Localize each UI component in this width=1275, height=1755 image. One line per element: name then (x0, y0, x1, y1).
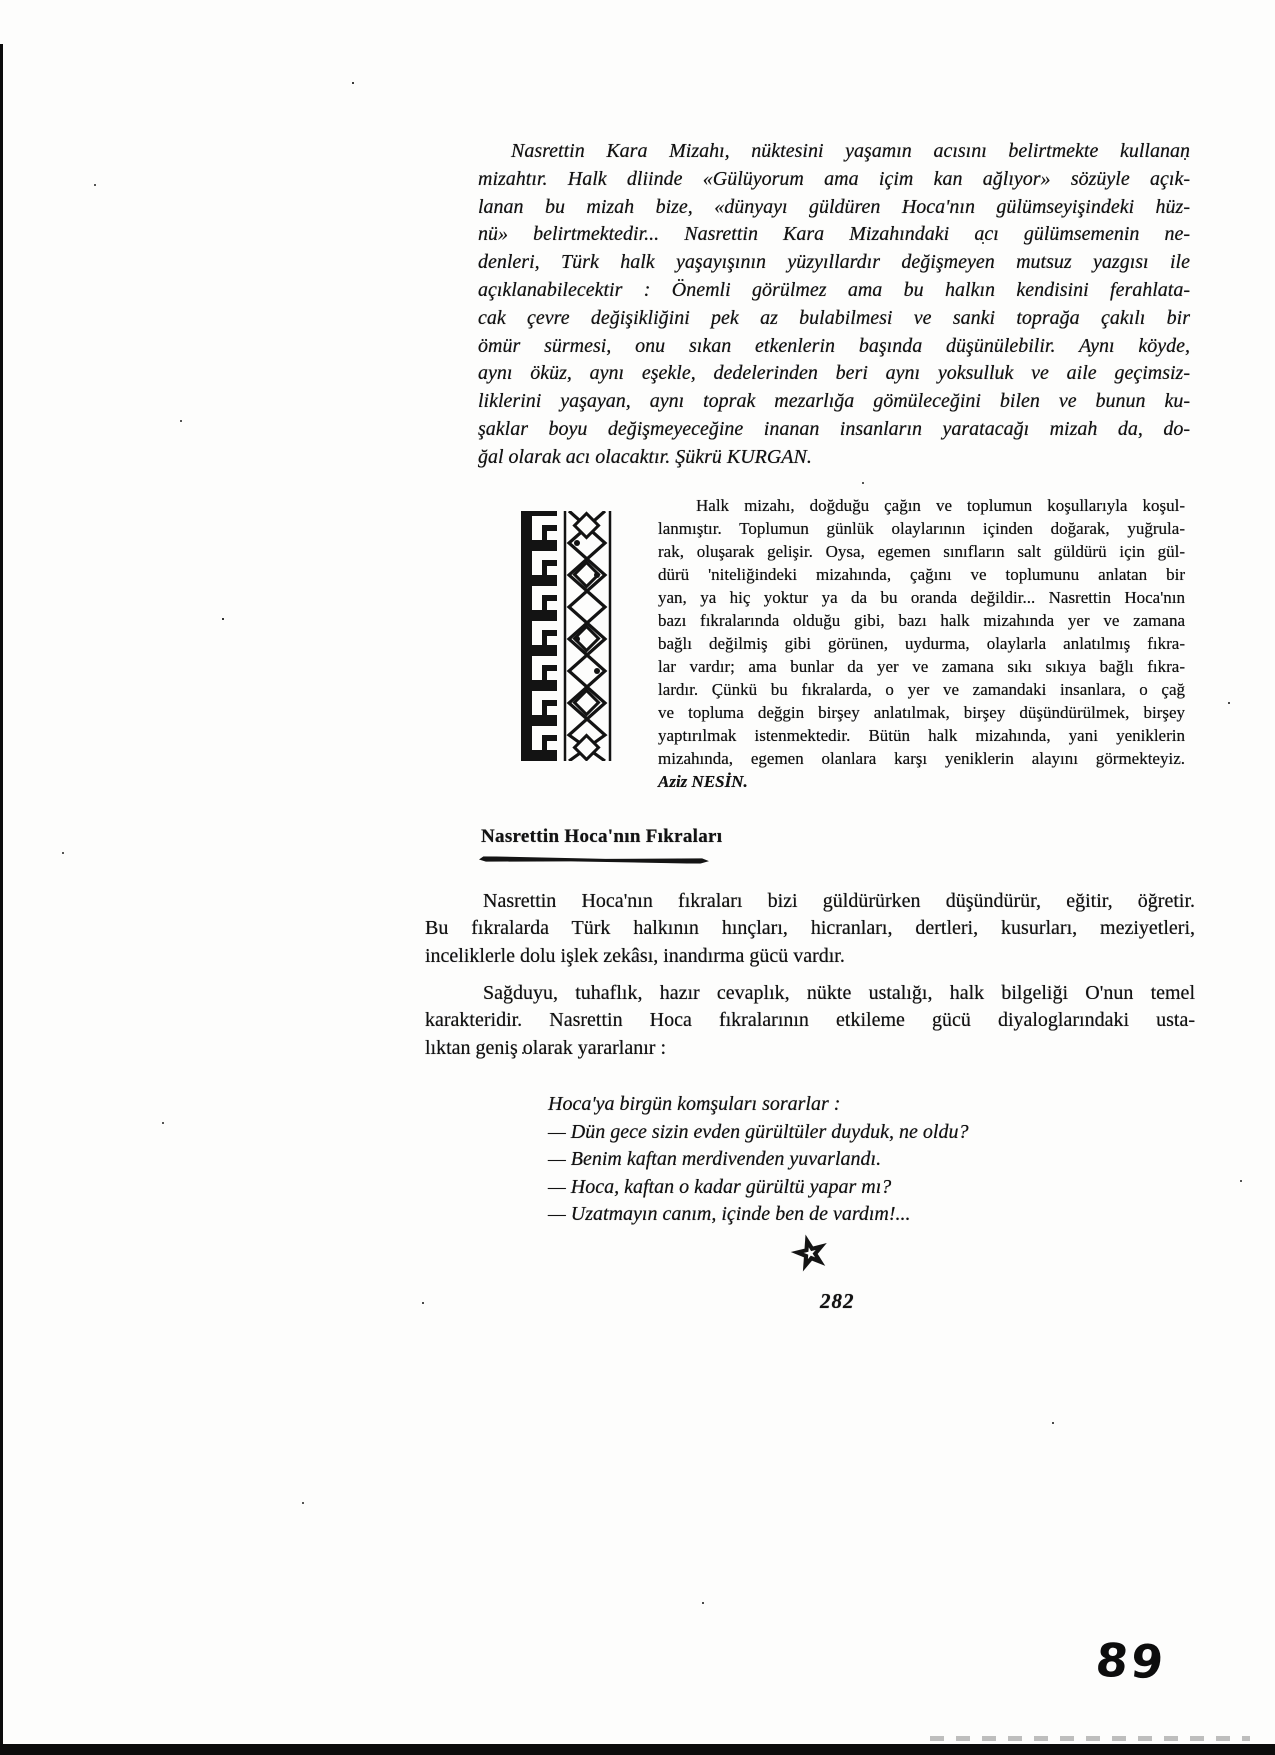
scanned-book-page: Nasrettin Kara Mizahı, nüktesini yaşamın… (0, 0, 1275, 1755)
nesin-line: bazı fıkralarında olduğu gibi, bazı halk… (658, 609, 1185, 632)
scan-edge-bottom-bar (0, 1744, 1275, 1755)
nesin-line: bağlı değilmiş gibi görünen, uydurma, ol… (658, 632, 1185, 655)
nesin-signature: Aziz NESİN. (658, 770, 1185, 793)
heading-underline (479, 856, 709, 864)
kurgan-line: ğal olarak acı olacaktır. Şükrü KURGAN. (478, 444, 1190, 472)
nesin-quote-paragraph: Halk mizahı, doğduğu çağın ve toplumun k… (658, 494, 1185, 793)
kurgan-line: cak çevre değişikliğini pek az bulabilme… (478, 305, 1190, 333)
body-line: karakteridir. Nasrettin Hoca fıkralarını… (425, 1007, 1195, 1034)
page-number: 282 (820, 1289, 855, 1314)
nesin-line: ve topluma değgin birşey anlatılmak, bir… (658, 701, 1185, 724)
nesin-line: rak, oluşarak gelişir. Oysa, egemen sını… (658, 540, 1185, 563)
handwritten-page-note: 89 (1093, 1633, 1169, 1689)
kurgan-line: liklerini yaşayan, aynı toprak mezarlığa… (478, 388, 1190, 416)
body-line: Nasrettin Hoca'nın fıkraları bizi güldür… (425, 888, 1195, 915)
nesin-line: lar vardır; ama bunlar da yer ve zamana … (658, 655, 1185, 678)
kurgan-line: açıklanabilecektir : Önemli görülmez ama… (478, 277, 1190, 305)
dialogue-line: — Uzatmayın canım, içinde ben de vardım!… (548, 1201, 1028, 1229)
kurgan-quote-paragraph: Nasrettin Kara Mizahı, nüktesini yaşamın… (478, 138, 1190, 472)
kurgan-line: nü» belirtmektedir... Nasrettin Kara Miz… (478, 221, 1190, 249)
anecdote-dialogue: Hoca'ya birgün komşuları sorarlar : — Dü… (548, 1091, 1028, 1229)
geometric-border-ornament-image (521, 511, 613, 761)
dialogue-line: — Hoca, kaftan o kadar gürültü yapar mı? (548, 1174, 1028, 1202)
scan-noise-dots (0, 0, 2, 2)
kurgan-line: lanan bu mizah bize, «dünyayı güldüren H… (478, 194, 1190, 222)
nesin-line: dürü 'niteliğindeki mizahında, çağını ve… (658, 563, 1185, 586)
scan-edge-left-line (0, 44, 3, 1755)
body-line: lıktan geniş olarak yararlanır : (425, 1035, 1195, 1062)
kurgan-line: şaklar boyu değişmeyeceğine inanan insan… (478, 416, 1190, 444)
nesin-line: lanmıştır. Toplumun günlük olaylarının i… (658, 517, 1185, 540)
nesin-line: Halk mizahı, doğduğu çağın ve toplumun k… (658, 494, 1185, 517)
dialogue-line: — Benim kaftan merdivenden yuvarlandı. (548, 1146, 1028, 1174)
kurgan-line: ömür sürmesi, onu sıkan etkenlerin başın… (478, 333, 1190, 361)
body-paragraph-2: Sağduyu, tuhaflık, hazır cevaplık, nükte… (425, 980, 1195, 1062)
kurgan-line: aynı öküz, aynı eşekle, dedelerinden ber… (478, 360, 1190, 388)
dialogue-line: Hoca'ya birgün komşuları sorarlar : (548, 1091, 1028, 1119)
scan-smudge (930, 1736, 1250, 1741)
nesin-line: yan, ya hiç yoktur ya da bu oranda değil… (658, 586, 1185, 609)
kurgan-line: denleri, Türk halk yaşayışının yüzyıllar… (478, 249, 1190, 277)
star-divider-icon: ☆ (789, 1229, 830, 1278)
body-paragraph-1: Nasrettin Hoca'nın fıkraları bizi güldür… (425, 888, 1195, 970)
nesin-line: lardır. Çünkü bu fıkralarda, o yer ve za… (658, 678, 1185, 701)
body-line: Bu fıkralarda Türk halkının hınçları, hi… (425, 915, 1195, 942)
body-line: inceliklerle dolu işlek zekâsı, inandırm… (425, 943, 1195, 970)
section-heading: Nasrettin Hoca'nın Fıkraları (481, 826, 722, 848)
dialogue-line: — Dün gece sizin evden gürültüler duyduk… (548, 1119, 1028, 1147)
kurgan-line: mizahtır. Halk dliinde «Gülüyorum ama iç… (478, 166, 1190, 194)
body-line: Sağduyu, tuhaflık, hazır cevaplık, nükte… (425, 980, 1195, 1007)
nesin-line: mizahında, egemen olanlara karşı yenikle… (658, 747, 1185, 770)
nesin-line: yaptırılmak istenmektedir. Bütün halk mi… (658, 724, 1185, 747)
kurgan-line: Nasrettin Kara Mizahı, nüktesini yaşamın… (478, 138, 1190, 166)
